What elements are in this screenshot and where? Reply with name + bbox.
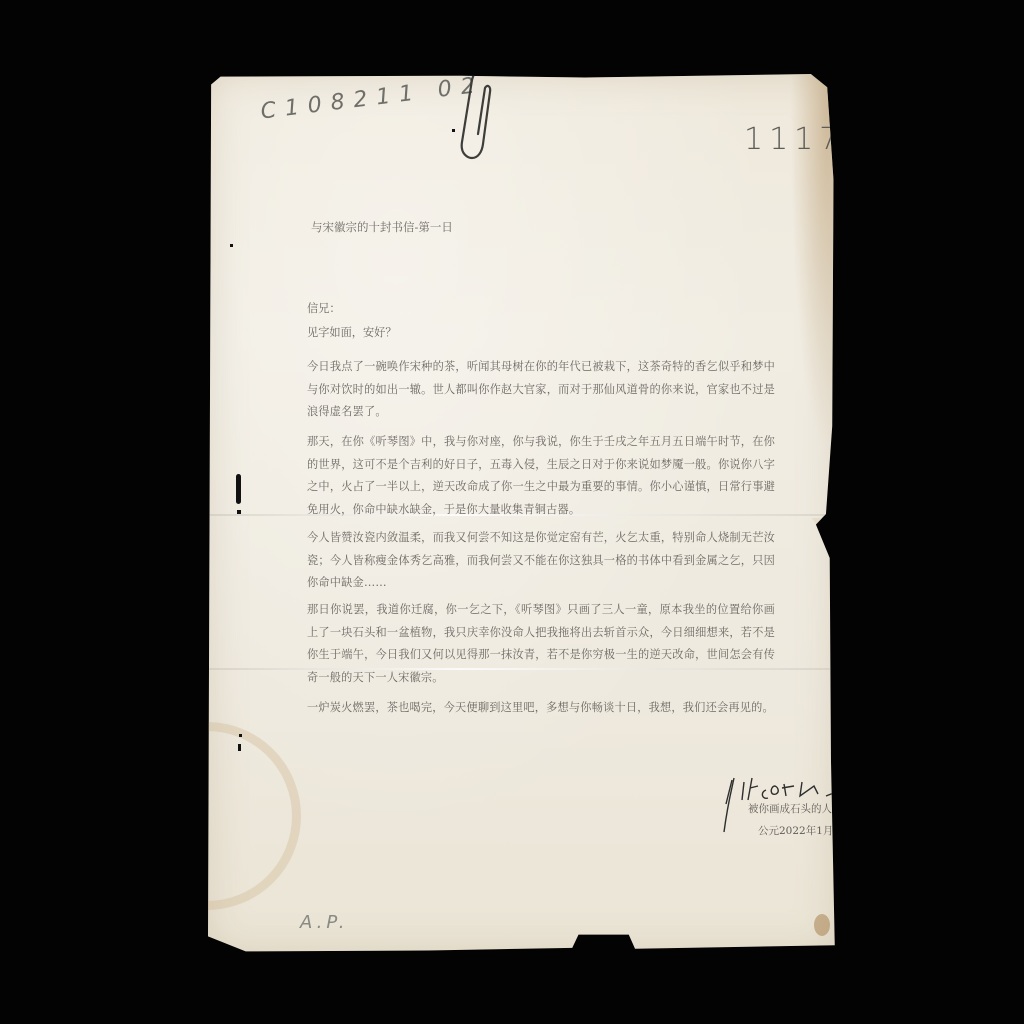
ink-dot xyxy=(237,510,241,514)
paragraph: 今日我点了一碗唤作宋种的茶，听闻其母树在你的年代已被栽下，这茶奇特的香乞似乎和梦… xyxy=(307,356,775,424)
ink-dot xyxy=(452,129,455,132)
signature-date: 公元2022年1月16日 xyxy=(758,820,857,843)
coffee-ring-stain xyxy=(113,722,301,910)
paragraph: 一炉炭火燃罢，茶也喝完，今天便聊到这里吧，多想与你畅谈十日，我想，我们还会再见的… xyxy=(307,697,775,720)
paper-tear xyxy=(812,518,834,552)
letter-title: 与宋徽宗的十封书信-第一日 xyxy=(311,216,453,239)
stain-spot xyxy=(814,914,830,936)
ink-dot xyxy=(230,244,233,247)
signature-block: 被你画成石头的人 逸凡 公元2022年1月16日 xyxy=(722,774,892,844)
handwritten-reference-number: C108211 02 xyxy=(259,72,485,124)
paragraph: 那日你说罢，我道你迁腐，你一乞之下，《听琴图》只画了三人一童，原本我坐的位置给你… xyxy=(307,599,775,689)
photo-backdrop: C108211 02 1117 A.P. 与宋徽宗的十封书信-第一日 信兄： 见… xyxy=(0,0,1024,1024)
paragraph: 今人皆赞汝瓷内敛温柔，而我又何尝不知这是你觉定窑有芒，火乞太重，特别命人烧制无芒… xyxy=(307,527,775,595)
ink-dot xyxy=(238,744,241,751)
ink-blot xyxy=(236,474,241,504)
greeting: 见字如面，安好？ xyxy=(307,322,397,345)
handwritten-page-number: 1117 xyxy=(744,122,844,157)
paperclip-icon xyxy=(456,64,496,164)
salutation: 信兄： xyxy=(307,298,341,321)
paragraph: 那天，在你《听琴图》中，我与你对座，你与我说，你生于壬戌之年五月五日端午时节，在… xyxy=(307,431,775,521)
ink-dot xyxy=(239,734,242,737)
signature-name: 被你画成石头的人 逸凡 xyxy=(748,798,856,821)
handwritten-initials: A.P. xyxy=(300,912,348,933)
letter-paper: C108211 02 1117 A.P. 与宋徽宗的十封书信-第一日 信兄： 见… xyxy=(208,74,836,954)
